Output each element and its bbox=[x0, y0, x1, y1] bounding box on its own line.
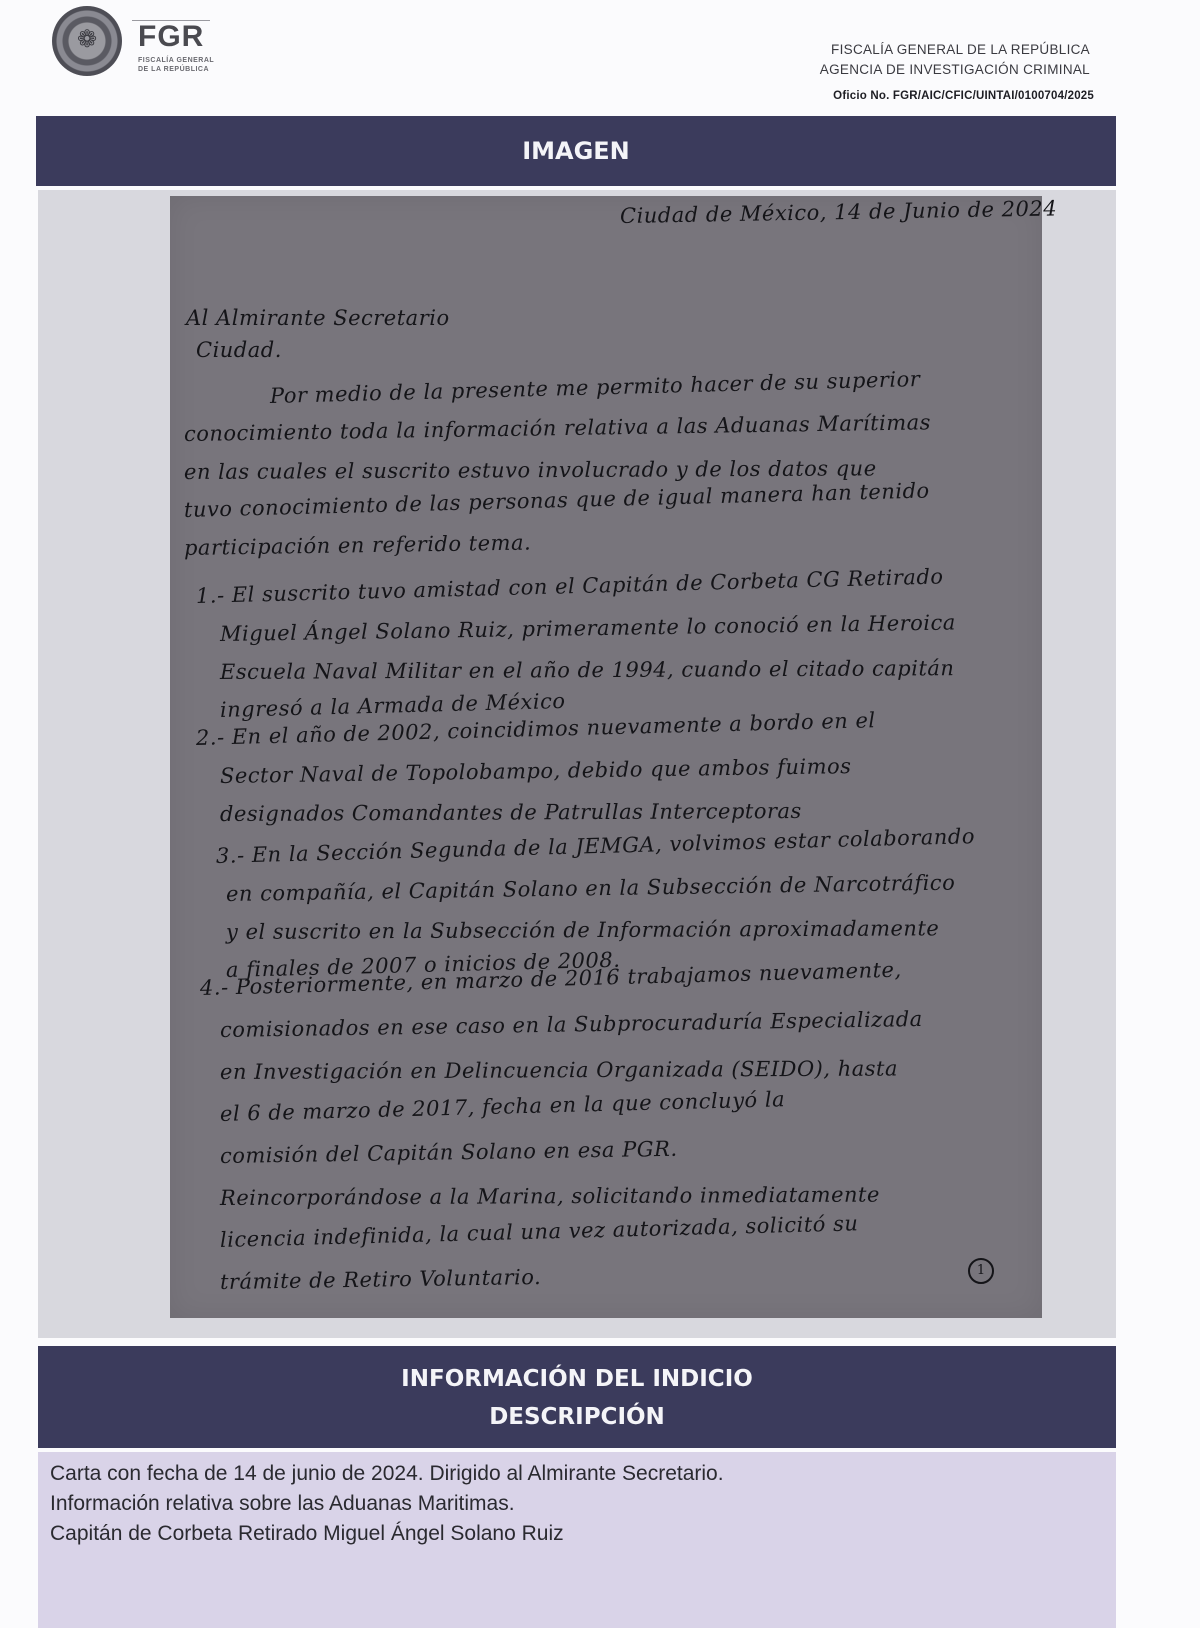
page-number-circle: 1 bbox=[968, 1258, 994, 1284]
logo-subtitle: FISCALÍA GENERAL DE LA REPÚBLICA bbox=[138, 56, 214, 74]
letter-line: designados Comandantes de Patrullas Inte… bbox=[220, 799, 802, 826]
section-title-imagen: IMAGEN bbox=[36, 116, 1116, 186]
handwritten-letter-image: Ciudad de México, 14 de Junio de 2024 Al… bbox=[170, 196, 1042, 1318]
description-title: DESCRIPCIÓN bbox=[38, 1398, 1116, 1436]
letter-line: licencia indefinida, la cual una vez aut… bbox=[220, 1211, 859, 1252]
institution-line-1: FISCALÍA GENERAL DE LA REPÚBLICA bbox=[820, 40, 1090, 60]
letter-line: trámite de Retiro Voluntario. bbox=[220, 1265, 542, 1294]
letter-date: Ciudad de México, 14 de Junio de 2024 bbox=[620, 196, 1057, 228]
logo-text: FGR bbox=[138, 20, 204, 54]
description-line-3: Capitán de Corbeta Retirado Miguel Ángel… bbox=[50, 1522, 564, 1546]
description-line-1: Carta con fecha de 14 de junio de 2024. … bbox=[50, 1462, 724, 1486]
letter-line: Miguel Ángel Solano Ruiz, primeramente l… bbox=[220, 610, 956, 646]
description-line-2: Información relativa sobre las Aduanas M… bbox=[50, 1492, 515, 1516]
section-title-info: INFORMACIÓN DEL INDICIO DESCRIPCIÓN bbox=[38, 1346, 1116, 1448]
page-margin bbox=[1120, 1452, 1200, 1628]
letter-line: tuvo conocimiento de las personas que de… bbox=[184, 478, 930, 522]
letter-addressee: Al Almirante Secretario bbox=[186, 306, 450, 330]
letter-line: en compañía, el Capitán Solano en la Sub… bbox=[226, 871, 956, 906]
letter-line: Por medio de la presente me permito hace… bbox=[270, 367, 921, 408]
info-title: INFORMACIÓN DEL INDICIO bbox=[38, 1360, 1116, 1398]
letter-city: Ciudad. bbox=[196, 338, 282, 362]
fgr-logo: ❁ FGR FISCALÍA GENERAL DE LA REPÚBLICA bbox=[52, 6, 222, 82]
letter-line: Reincorporándose a la Marina, solicitand… bbox=[220, 1183, 880, 1210]
eagle-icon: ❁ bbox=[74, 26, 100, 54]
letter-line: 3.- En la Sección Segunda de la JEMGA, v… bbox=[216, 824, 976, 868]
institution-line-2: AGENCIA DE INVESTIGACIÓN CRIMINAL bbox=[820, 60, 1090, 80]
oficio-number: Oficio No. FGR/AIC/CFIC/UINTAI/0100704/2… bbox=[833, 90, 1094, 102]
letter-line: y el suscrito en la Subsección de Inform… bbox=[226, 916, 939, 944]
letter-line: comisionados en ese caso en la Subprocur… bbox=[220, 1007, 923, 1042]
description-box: Carta con fecha de 14 de junio de 2024. … bbox=[38, 1452, 1116, 1628]
institution-header: FISCALÍA GENERAL DE LA REPÚBLICA AGENCIA… bbox=[820, 40, 1090, 80]
letter-line: 1.- El suscrito tuvo amistad con el Capi… bbox=[196, 564, 944, 608]
letter-line: el 6 de marzo de 2017, fecha en la que c… bbox=[220, 1087, 786, 1126]
letter-line: comisión del Capitán Solano en esa PGR. bbox=[220, 1137, 678, 1168]
logo-subtitle-line-2: DE LA REPÚBLICA bbox=[138, 65, 214, 74]
letter-line: participación en referido tema. bbox=[184, 531, 532, 560]
letter-line: en Investigación en Delincuencia Organiz… bbox=[220, 1056, 898, 1084]
letter-line: conocimiento toda la información relativ… bbox=[184, 410, 931, 446]
letter-line: en las cuales el suscrito estuvo involuc… bbox=[184, 456, 877, 484]
letter-line: Escuela Naval Militar en el año de 1994,… bbox=[220, 656, 955, 684]
letter-line: Sector Naval de Topolobampo, debido que … bbox=[220, 754, 852, 788]
logo-subtitle-line-1: FISCALÍA GENERAL bbox=[138, 56, 214, 65]
